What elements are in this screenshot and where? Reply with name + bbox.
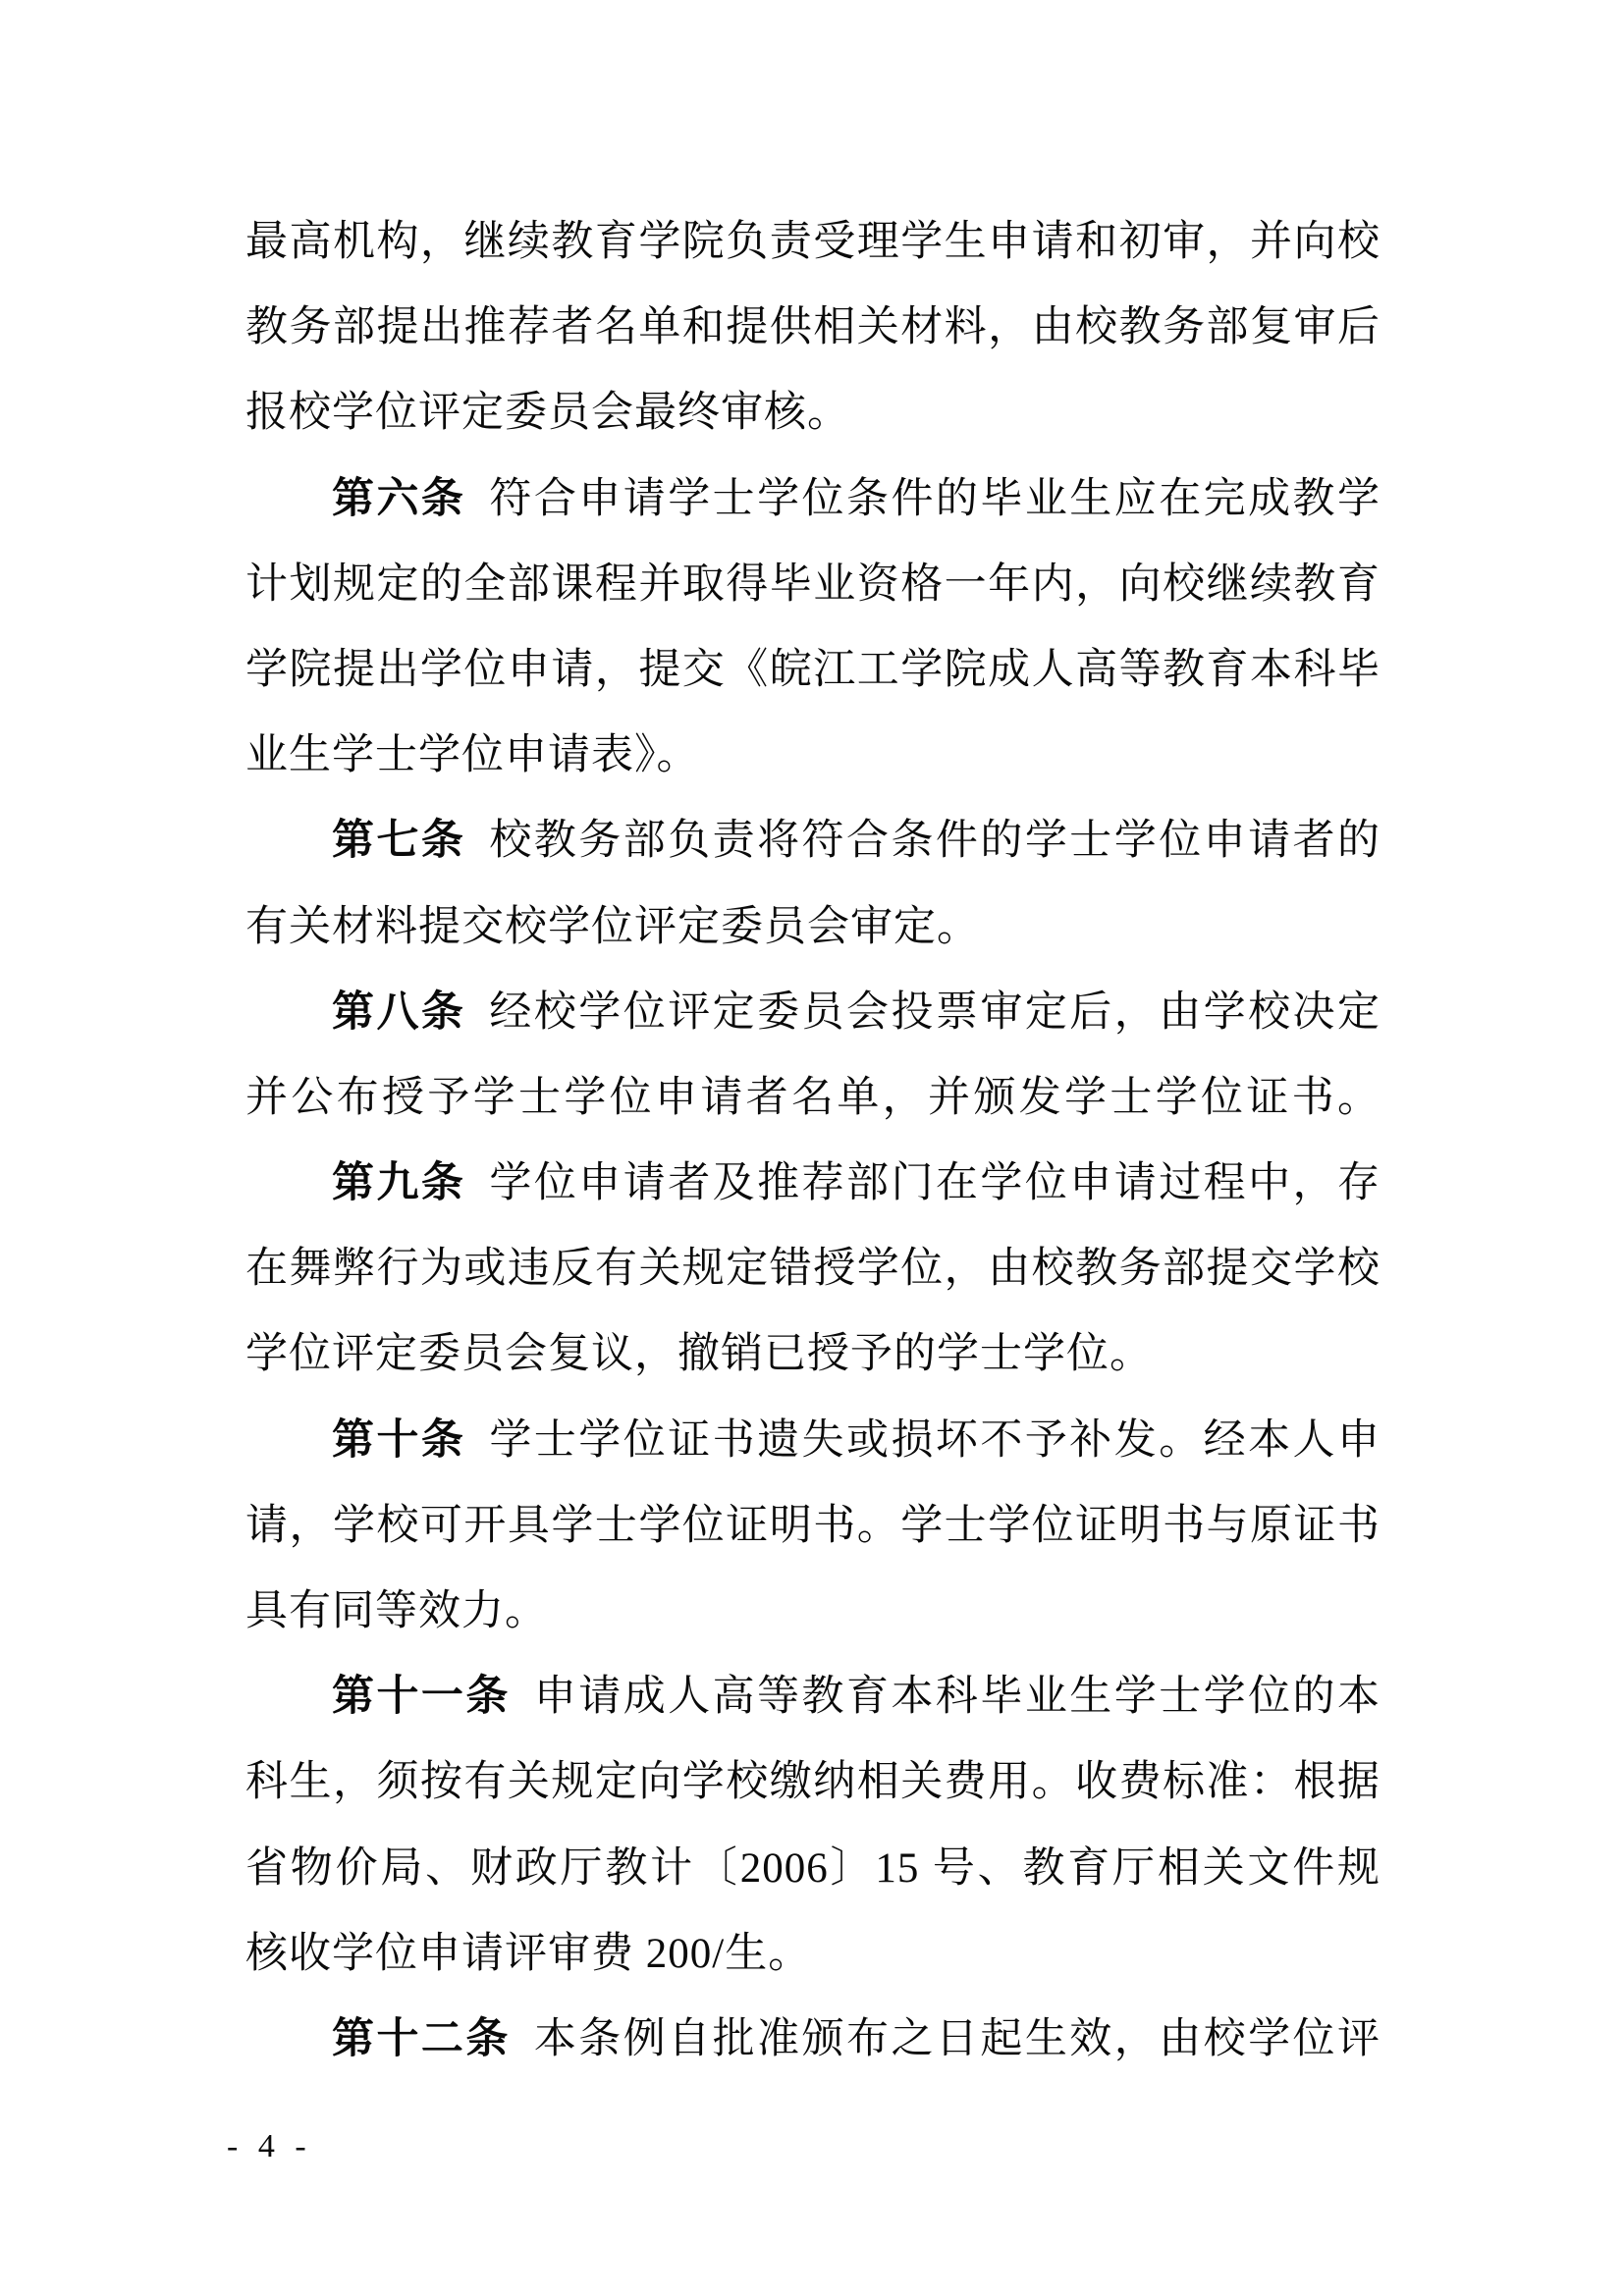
line-text: 学院提出学位申请，提交《皖江工学院成人高等教育本科毕 <box>245 647 1380 693</box>
text-line: 有关材料提交校学位评定委员会审定。 <box>245 884 1380 970</box>
text-line: 教务部提出推荐者名单和提供相关材料，由校教务部复审后 <box>245 285 1380 370</box>
article-number: 第七条 <box>332 817 465 864</box>
text-line: 业生学士学位申请表》。 <box>245 713 1380 798</box>
text-line: 省物价局、财政厅教计〔2006〕15 号、教育厅相关文件规定， <box>245 1826 1380 1911</box>
line-text: 业生学士学位申请表》。 <box>245 732 700 778</box>
line-text: 计划规定的全部课程并取得毕业资格一年内，向校继续教育 <box>245 561 1380 608</box>
article-number: 第六条 <box>332 475 465 522</box>
line-text: 并公布授予学士学位申请者名单，并颁发学士学位证书。 <box>245 1075 1380 1121</box>
text-line: 并公布授予学士学位申请者名单，并颁发学士学位证书。 <box>245 1055 1380 1141</box>
line-text: 报校学位评定委员会最终审核。 <box>245 390 850 436</box>
text-line-article-6: 第六条符合申请学士学位条件的毕业生应在完成教学 <box>245 456 1380 542</box>
line-text: 省物价局、财政厅教计〔2006〕15 号、教育厅相关文件规定， <box>245 1845 1380 1911</box>
article-number: 第十条 <box>332 1416 465 1464</box>
line-text: 在舞弊行为或违反有关规定错授学位，由校教务部提交学校 <box>245 1246 1380 1292</box>
line-text: 学位评定委员会复议，撤销已授予的学士学位。 <box>245 1331 1153 1377</box>
text-line-article-7: 第七条校教务部负责将符合条件的学士学位申请者的 <box>245 798 1380 883</box>
article-number: 第九条 <box>332 1159 465 1206</box>
text-line: 报校学位评定委员会最终审核。 <box>245 370 1380 455</box>
line-text: 具有同等效力。 <box>245 1588 548 1634</box>
article-number: 第八条 <box>332 988 465 1036</box>
article-number: 第十二条 <box>332 2015 511 2062</box>
line-text: 经校学位评定委员会投票审定后，由学校决定 <box>489 989 1380 1036</box>
line-text: 本条例自批准颁布之日起生效，由校学位评 <box>534 2016 1380 2062</box>
text-line-article-9: 第九条学位申请者及推荐部门在学位申请过程中，存 <box>245 1141 1380 1226</box>
text-line-article-12: 第十二条本条例自批准颁布之日起生效，由校学位评 <box>245 1997 1380 2082</box>
line-text: 请，学校可开具学士学位证明书。学士学位证明书与原证书 <box>245 1503 1380 1549</box>
article-number: 第十一条 <box>332 1673 511 1720</box>
line-text: 核收学位申请评审费 200/生。 <box>245 1931 811 1977</box>
line-text: 学位申请者及推荐部门在学位申请过程中，存 <box>489 1160 1380 1206</box>
line-text: 科生，须按有关规定向学校缴纳相关费用。收费标准：根据 <box>245 1759 1380 1805</box>
text-line: 核收学位申请评审费 200/生。 <box>245 1911 1380 1997</box>
line-text: 学士学位证书遗失或损坏不予补发。经本人申 <box>489 1417 1380 1464</box>
text-line-article-11: 第十一条申请成人高等教育本科毕业生学士学位的本 <box>245 1654 1380 1739</box>
text-line: 计划规定的全部课程并取得毕业资格一年内，向校继续教育 <box>245 542 1380 627</box>
text-line: 在舞弊行为或违反有关规定错授学位，由校教务部提交学校 <box>245 1226 1380 1311</box>
text-line-article-10: 第十条学士学位证书遗失或损坏不予补发。经本人申 <box>245 1398 1380 1483</box>
document-text-block: 最高机构，继续教育学院负责受理学生申请和初审，并向校 教务部提出推荐者名单和提供… <box>245 199 1380 2082</box>
line-text: 最高机构，继续教育学院负责受理学生申请和初审，并向校 <box>245 219 1380 265</box>
text-line: 最高机构，继续教育学院负责受理学生申请和初审，并向校 <box>245 199 1380 285</box>
text-line: 学位评定委员会复议，撤销已授予的学士学位。 <box>245 1311 1380 1397</box>
line-text: 申请成人高等教育本科毕业生学士学位的本 <box>534 1674 1380 1720</box>
line-text: 教务部提出推荐者名单和提供相关材料，由校教务部复审后 <box>245 304 1380 350</box>
text-line: 具有同等效力。 <box>245 1569 1380 1654</box>
text-line-article-8: 第八条经校学位评定委员会投票审定后，由学校决定 <box>245 970 1380 1055</box>
line-text: 有关材料提交校学位评定委员会审定。 <box>245 904 980 950</box>
page-number: - 4 - <box>227 2128 312 2165</box>
line-text: 符合申请学士学位条件的毕业生应在完成教学 <box>489 476 1380 522</box>
text-line: 科生，须按有关规定向学校缴纳相关费用。收费标准：根据 <box>245 1739 1380 1825</box>
text-line: 学院提出学位申请，提交《皖江工学院成人高等教育本科毕 <box>245 627 1380 713</box>
line-text: 校教务部负责将符合条件的学士学位申请者的 <box>489 818 1380 864</box>
document-page: 最高机构，继续教育学院负责受理学生申请和初审，并向校 教务部提出推荐者名单和提供… <box>0 0 1624 2296</box>
text-line: 请，学校可开具学士学位证明书。学士学位证明书与原证书 <box>245 1483 1380 1569</box>
